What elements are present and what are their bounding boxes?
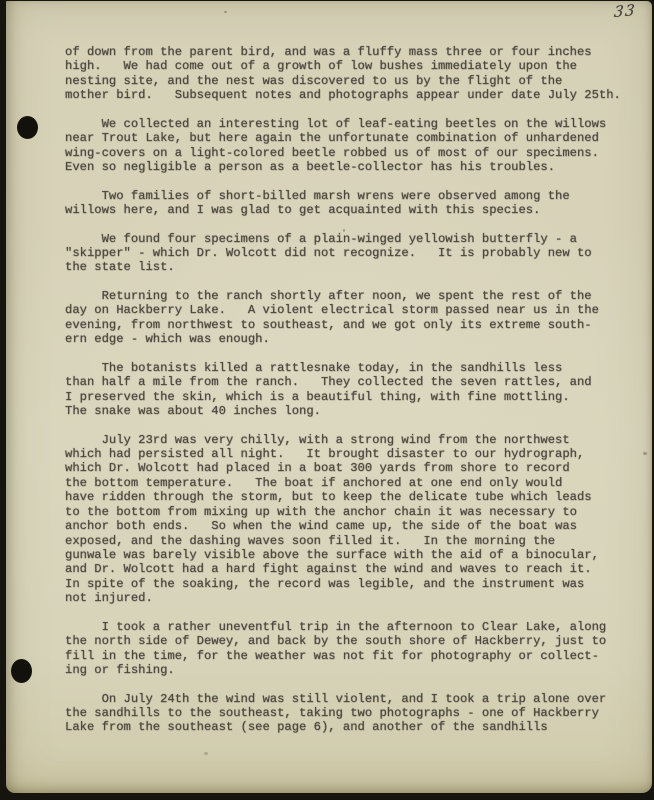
paragraph-marsh-wrens: Two families of short-billed marsh wrens… xyxy=(65,189,625,218)
paragraph-rattlesnake: The botanists killed a rattlesnake today… xyxy=(65,361,625,419)
scanned-document-page: 33 of down from the parent bird, and was… xyxy=(0,0,654,800)
paragraph-beetles: We collected an interesting lot of leaf-… xyxy=(65,117,625,175)
typewritten-text: of down from the parent bird, and was a … xyxy=(65,45,625,735)
page-number: 33 xyxy=(613,1,637,21)
paragraph-july-23-hydrograph: July 23rd was very chilly, with a strong… xyxy=(65,433,625,606)
paragraph-july-24-trip: On July 24th the wind was still violent,… xyxy=(65,692,625,735)
hole-punch-top-icon xyxy=(17,116,38,139)
hole-punch-bottom-icon xyxy=(11,659,32,683)
paragraph-downy-nest: of down from the parent bird, and was a … xyxy=(65,45,625,103)
paragraph-butterfly: We found four specimens of a plain-winge… xyxy=(65,232,625,275)
paper-speck xyxy=(224,11,227,13)
paper-speck xyxy=(204,752,208,755)
paragraph-storm: Returning to the ranch shortly after noo… xyxy=(65,289,625,347)
paper-speck xyxy=(643,452,647,455)
paragraph-clear-lake-trip: I took a rather uneventful trip in the a… xyxy=(65,620,625,678)
